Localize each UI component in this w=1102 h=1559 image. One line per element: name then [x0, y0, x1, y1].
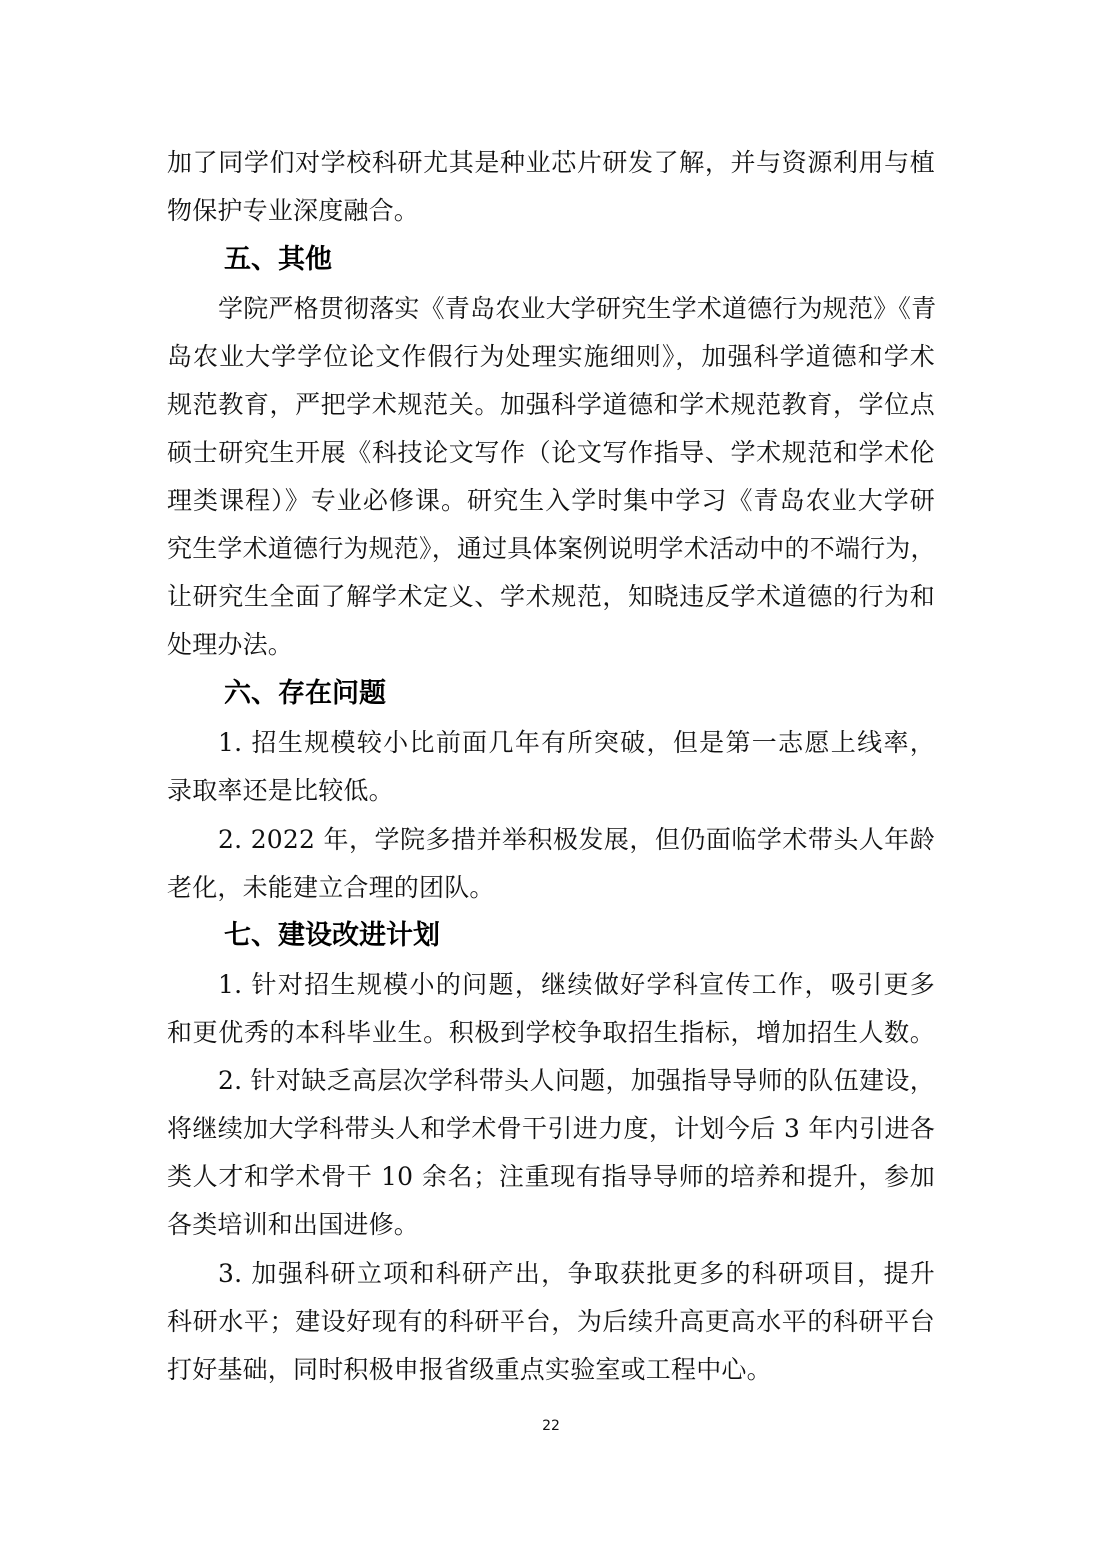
section-heading-other: 五、其他	[224, 236, 332, 284]
paragraph-line: 科研水平；建设好现有的科研平台，为后续升高更高水平的科研平台	[167, 1298, 935, 1346]
paragraph-line: 类人才和学术骨干 10 余名；注重现有指导导师的培养和提升，参加	[167, 1153, 935, 1201]
paragraph-line: 硕士研究生开展《科技论文写作（论文写作指导、学术规范和学术伦	[167, 429, 935, 477]
paragraph-line: 规范教育，严把学术规范关。加强科学道德和学术规范教育，学位点	[167, 381, 935, 429]
paragraph-line: 和更优秀的本科毕业生。积极到学校争取招生指标，增加招生人数。	[167, 1009, 935, 1057]
paragraph-line: 究生学术道德行为规范》，通过具体案例说明学术活动中的不端行为，	[167, 525, 935, 573]
paragraph-line: 老化，未能建立合理的团队。	[167, 864, 935, 912]
paragraph-line: 岛农业大学学位论文作假行为处理实施细则》，加强科学道德和学术	[167, 333, 935, 381]
paragraph-line: 录取率还是比较低。	[167, 767, 935, 815]
document-page: 加了同学们对学校科研尤其是种业芯片研发了解，并与资源利用与植 物保护专业深度融合…	[0, 0, 1102, 1559]
paragraph-line: 打好基础，同时积极申报省级重点实验室或工程中心。	[167, 1346, 935, 1394]
paragraph-line: 加了同学们对学校科研尤其是种业芯片研发了解，并与资源利用与植	[167, 139, 935, 187]
paragraph-line: 物保护专业深度融合。	[167, 187, 935, 235]
paragraph-line: 理类课程）》专业必修课。研究生入学时集中学习《青岛农业大学研	[167, 477, 935, 525]
section-heading-improvement-plan: 七、建设改进计划	[224, 912, 440, 960]
paragraph-line: 让研究生全面了解学术定义、学术规范，知晓违反学术道德的行为和	[167, 573, 935, 621]
section-heading-problems: 六、存在问题	[224, 670, 386, 718]
paragraph-line: 2. 2022 年，学院多措并举积极发展，但仍面临学术带头人年龄	[218, 816, 935, 864]
paragraph-line: 3. 加强科研立项和科研产出，争取获批更多的科研项目，提升	[218, 1250, 935, 1298]
paragraph-line: 1. 招生规模较小比前面几年有所突破，但是第一志愿上线率，	[218, 719, 935, 767]
paragraph-line: 各类培训和出国进修。	[167, 1201, 935, 1249]
paragraph-line: 将继续加大学科带头人和学术骨干引进力度，计划今后 3 年内引进各	[167, 1105, 935, 1153]
page-number: 22	[0, 1416, 1102, 1436]
paragraph-line: 2. 针对缺乏高层次学科带头人问题，加强指导导师的队伍建设，	[218, 1057, 935, 1105]
paragraph-line: 学院严格贯彻落实《青岛农业大学研究生学术道德行为规范》《青	[218, 285, 935, 333]
paragraph-line: 1. 针对招生规模小的问题，继续做好学科宣传工作，吸引更多	[218, 961, 935, 1009]
paragraph-line: 处理办法。	[167, 621, 935, 669]
